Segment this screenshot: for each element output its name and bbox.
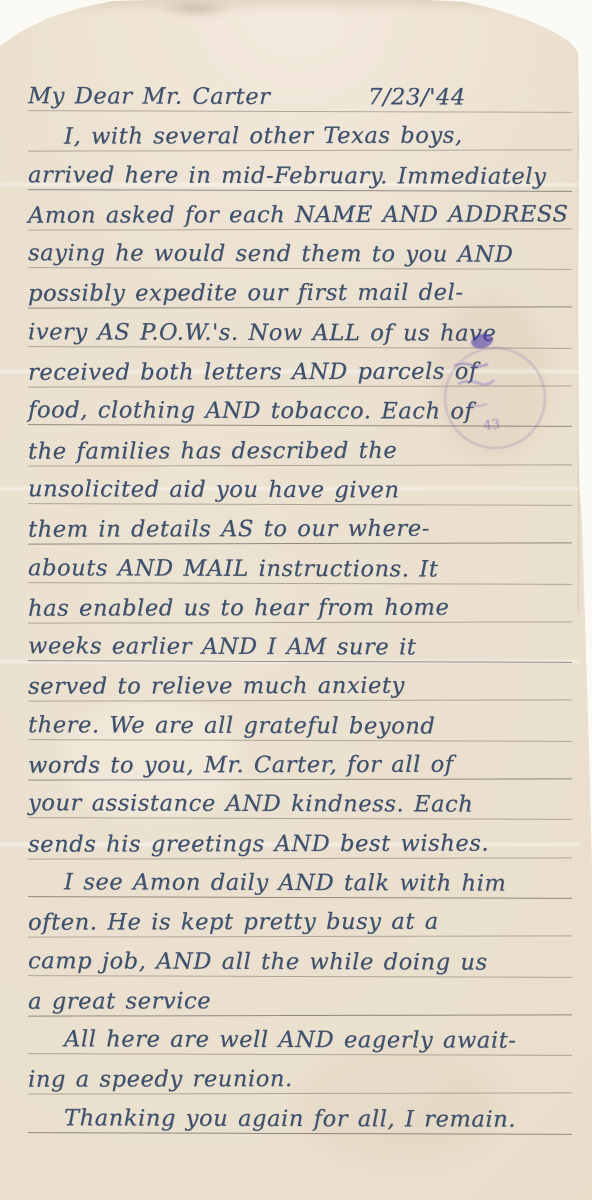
letter-line: Amon asked for each NAME AND ADDRESS — [28, 190, 572, 231]
letter-line: I, with several other Texas boys, — [28, 112, 572, 153]
letter-line: I see Amon daily AND talk with him — [28, 858, 572, 899]
letter-line: a great service — [28, 976, 572, 1017]
letter-line: served to relieve much anxiety — [28, 662, 572, 703]
letter-line: arrived here in mid-February. Immediatel… — [28, 151, 572, 192]
letter-line: sends his greetings AND best wishes. — [28, 819, 572, 860]
censor-stamp: 43 — [438, 330, 550, 462]
letter-line: there. We are all grateful beyond — [28, 701, 572, 742]
letter-paper: My Dear Mr. Carter 7/23/'44 I, with seve… — [0, 0, 592, 1200]
letter-line: them in details AS to our where- — [28, 505, 572, 546]
letter-body: My Dear Mr. Carter 7/23/'44 I, with seve… — [0, 73, 592, 1134]
letter-line: has enabled us to hear from home — [28, 583, 572, 624]
stamp-number: 43 — [483, 417, 501, 434]
letter-line: camp job, AND all the while doing us — [28, 937, 572, 978]
letter-line: weeks earlier AND I AM sure it — [28, 622, 572, 663]
letter-line: Thanking you again for all, I remain. — [28, 1094, 572, 1135]
letter-scan: My Dear Mr. Carter 7/23/'44 I, with seve… — [0, 0, 592, 1200]
letter-line: ing a speedy reunion. — [28, 1055, 572, 1096]
letter-date: 7/23/'44 — [368, 86, 466, 109]
letter-line: your assistance AND kindness. Each — [28, 779, 572, 820]
letter-line: unsolicited aid you have given — [28, 465, 572, 506]
letter-line: abouts AND MAIL instructions. It — [28, 544, 572, 585]
letter-line: possibly expedite our first mail del- — [28, 269, 572, 310]
salutation-line: My Dear Mr. Carter 7/23/'44 — [28, 72, 572, 113]
letter-line: often. He is kept pretty busy at a — [28, 898, 572, 939]
letter-line: saying he would send them to you AND — [28, 229, 572, 270]
letter-line: All here are well AND eagerly await- — [28, 1015, 572, 1056]
salutation: My Dear Mr. Carter — [28, 85, 271, 108]
paper-smudge — [158, 0, 234, 18]
paper-top-shadow — [0, 0, 592, 14]
letter-line: words to you, Mr. Carter, for all of — [28, 740, 572, 781]
